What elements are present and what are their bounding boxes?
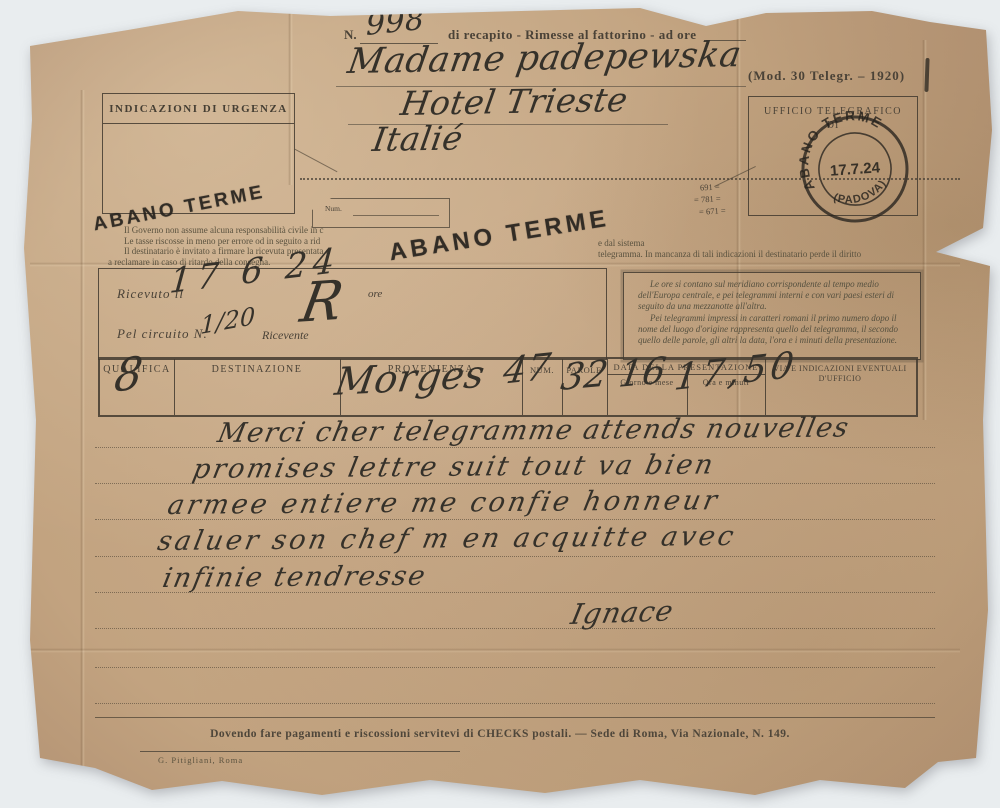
delivery-number-label: N. — [344, 27, 357, 43]
scanned-telegram: N. 998 di recapito - Rimesse al fattorin… — [0, 0, 1000, 808]
fine-print-line: Il Governo non assume alcuna responsabil… — [124, 225, 608, 236]
ruled-line — [95, 667, 935, 668]
message-line-1: Merci cher telegramme attends nouvelles — [215, 412, 852, 449]
fine-print-right-fragment: telegramma. In mancanza di tali indicazi… — [598, 249, 928, 260]
row-giorno-handwritten: 16 — [616, 350, 669, 396]
urgency-box-title: INDICAZIONI DI URGENZA — [103, 103, 294, 115]
ore-label: ore — [368, 288, 382, 300]
perforation-number: = 781 = — [694, 193, 721, 204]
fold-crease — [922, 40, 927, 420]
row-qualifica-handwritten: 8 — [112, 347, 146, 403]
row-provenienza-handwritten: Morges — [332, 352, 488, 404]
ruled-line — [95, 703, 935, 704]
fold-crease — [30, 648, 960, 653]
fine-print-line: Il destinatario è invitato a firmare la … — [124, 246, 608, 257]
ink-mark — [924, 58, 929, 92]
postmark-date: 17.7.24 — [829, 159, 881, 179]
col-header-via-2: D'UFFICIO — [819, 374, 862, 383]
row-parole-handwritten: 32 — [558, 353, 611, 399]
delivery-number-handwritten: 998 — [366, 2, 424, 43]
address-line-3: Italié — [370, 118, 466, 159]
form-tab: Num. — [312, 198, 450, 228]
form-tab-label: Num. — [325, 204, 449, 213]
footer-checks-notice: Dovendo fare pagamenti e riscossioni ser… — [0, 728, 1000, 740]
form-model-label: (Mod. 30 Telegr. – 1920) — [748, 68, 905, 84]
notice-paragraph-2: Pei telegrammi impressi in caratteri rom… — [624, 312, 920, 346]
footer-printer-credit: G. Pitigliani, Roma — [158, 755, 243, 766]
circuito-label: Pel circuito N. — [117, 326, 208, 342]
message-line-2: promises lettre suit tout va bien — [190, 449, 718, 485]
ruled-line — [95, 717, 935, 718]
col-header-destinazione: DESTINAZIONE — [212, 364, 303, 375]
fine-print-line: Le tasse riscosse in meno per errore od … — [124, 236, 608, 247]
message-signature: Ignace — [568, 594, 677, 631]
address-line-2: Hotel Trieste — [398, 80, 631, 123]
telegram-paper: N. 998 di recapito - Rimesse al fattorin… — [0, 0, 1000, 808]
perforation-number: 691 = — [700, 181, 720, 192]
fine-print-right-fragment: e dal sistema — [598, 238, 645, 249]
message-line-4: saluer son chef m en acquitte avec — [155, 521, 739, 557]
message-line-3: armee entiere me confie honneur — [165, 485, 723, 521]
ruled-line — [95, 628, 935, 629]
perforation-number: = 671 = — [699, 205, 726, 216]
notice-paragraph-1: Le ore si contano sul meridiano corrispo… — [624, 273, 920, 312]
cut-corner-mark — [295, 149, 338, 172]
address-line-1: Madame padepewska — [345, 35, 744, 82]
message-line-5: infinie tendresse — [160, 561, 430, 594]
fold-crease — [80, 90, 85, 780]
row-num-handwritten: 47 — [500, 346, 554, 393]
